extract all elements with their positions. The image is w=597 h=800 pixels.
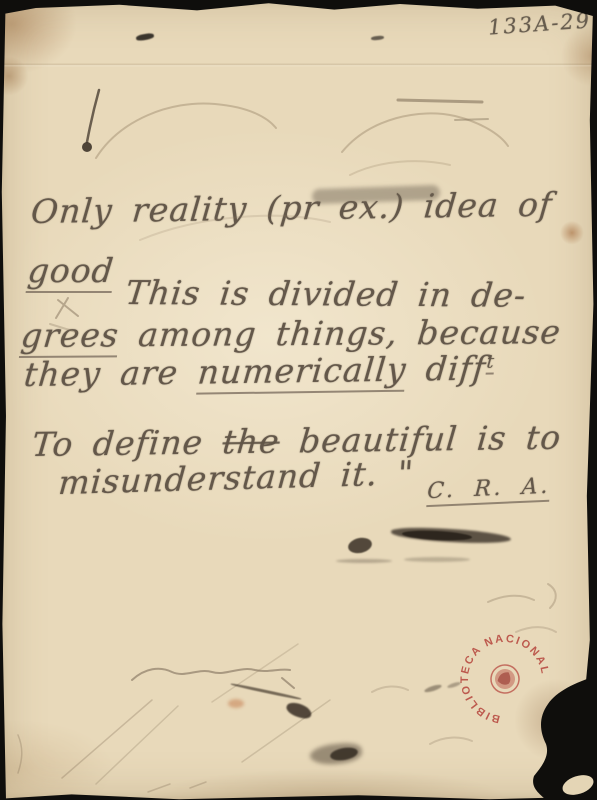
line5-post: diff: [405, 349, 488, 389]
ink-smudge: [230, 683, 301, 701]
line5-superscript: t: [485, 351, 495, 374]
initials-text: C. R. A.: [426, 474, 551, 507]
ink-smudge: [402, 529, 472, 542]
ink-mark: [136, 32, 155, 41]
handwritten-line-5: they are numerically difft: [22, 348, 496, 394]
line2-underlined-word: good: [26, 251, 116, 293]
line3-text: This is divided in de-: [124, 273, 529, 315]
ink-smudge: [309, 741, 363, 766]
handwritten-line-2: good: [26, 251, 116, 290]
pencil-smudge: [336, 559, 392, 563]
ink-mark: [371, 35, 384, 40]
ink-smudge: [391, 526, 512, 545]
pencil-stroke-with-blob: [82, 90, 99, 152]
pencil-smudge: [404, 557, 470, 562]
line5-pre: they are: [22, 353, 199, 394]
line4-underlined-word: grees: [19, 315, 121, 358]
photograph-background: 133A-29 Only reality (pr ex.) idea of go…: [0, 0, 597, 800]
manuscript-page: 133A-29 Only reality (pr ex.) idea of go…: [0, 0, 597, 800]
handwritten-line-1: Only reality (pr ex.) idea of: [29, 185, 554, 231]
ink-smudge: [285, 700, 314, 720]
catalog-number: 133A-29: [487, 8, 592, 39]
line6-post: beautiful is to: [278, 418, 563, 461]
ink-smudge: [347, 536, 374, 556]
rust-spot: [228, 699, 244, 708]
paper-crease: [0, 63, 597, 67]
handwritten-line-3: This is divided in de-: [124, 273, 529, 315]
torn-corner: [520, 670, 597, 800]
ink-smudge: [329, 746, 359, 763]
offset-signature-ghost: [132, 669, 294, 688]
line6-struck-word: the: [221, 422, 282, 462]
line1-text: Only reality (pr ex.) idea of: [29, 185, 554, 231]
handwritten-initials: C. R. A.: [426, 474, 551, 504]
line6-pre: To define: [30, 422, 224, 464]
line5-underlined-word: numerically: [196, 350, 408, 395]
scratch-lines: [18, 644, 330, 792]
